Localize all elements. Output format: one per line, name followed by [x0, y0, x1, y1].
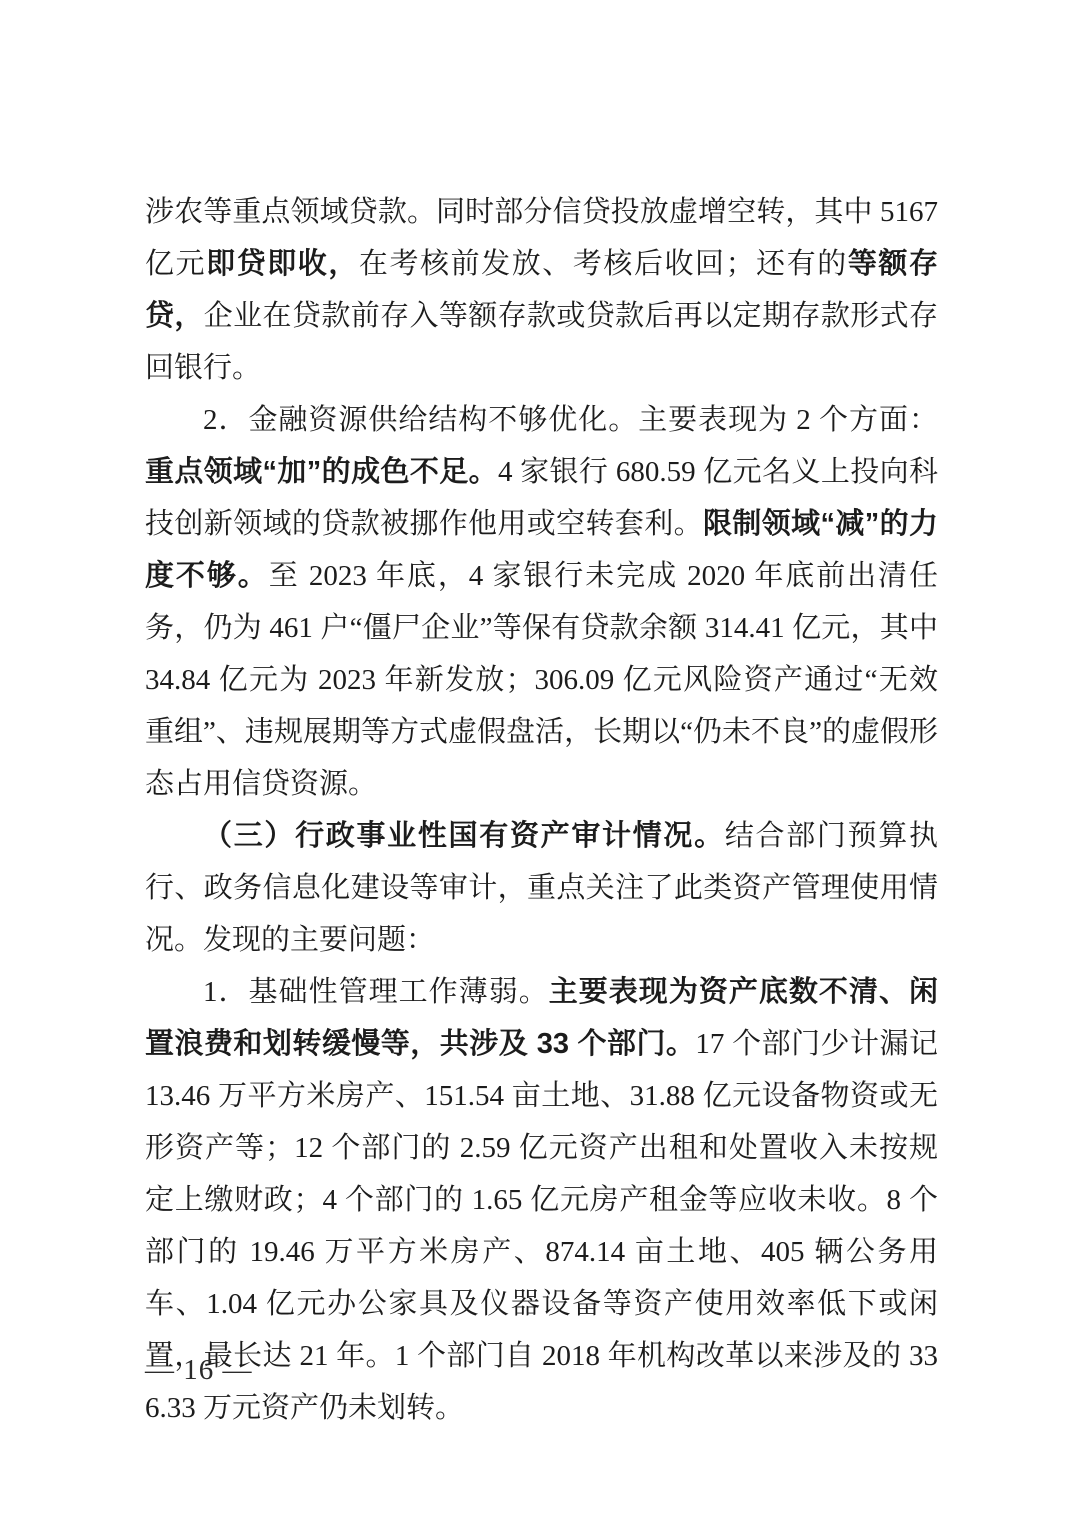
document-page: 涉农等重点领域贷款。同时部分信贷投放虚增空转，其中 5167 亿元即贷即收，在考… [0, 0, 1080, 1527]
document-body: 涉农等重点领域贷款。同时部分信贷投放虚增空转，其中 5167 亿元即贷即收，在考… [145, 186, 938, 1434]
text-run-normal: 主要表现为 2 个方面： [638, 404, 938, 436]
text-run-normal: 17 个部门少计漏记 13.46 万平方米房产、151.54 亩土地、31.88… [145, 1028, 938, 1424]
paragraph: 1．基础性管理工作薄弱。主要表现为资产底数不清、闲置浪费和划转缓慢等，共涉及 3… [145, 966, 938, 1434]
paragraph: （三）行政事业性国有资产审计情况。结合部门预算执行、政务信息化建设等审计，重点关… [145, 810, 938, 966]
text-run-bold: 重点领域“加”的成色不足。 [145, 456, 498, 488]
text-run-normal: 至 2023 年底，4 家银行未完成 2020 年底前出清任务，仍为 461 户… [145, 560, 938, 800]
paragraph: 2．金融资源供给结构不够优化。主要表现为 2 个方面：重点领域“加”的成色不足。… [145, 394, 938, 810]
text-run-kai: 1．基础性管理工作薄弱。 [203, 976, 549, 1008]
text-run-bold: （三）行政事业性国有资产审计情况。 [203, 820, 725, 852]
paragraph: 涉农等重点领域贷款。同时部分信贷投放虚增空转，其中 5167 亿元即贷即收，在考… [145, 186, 938, 394]
text-run-normal: 在考核前发放、考核后收回；还有的 [359, 248, 848, 280]
text-run-bold: 即贷即收， [206, 248, 359, 280]
text-run-kai: 2．金融资源供给结构不够优化。 [203, 404, 638, 436]
text-run-normal: 企业在贷款前存入等额存款或贷款后再以定期存款形式存回银行。 [145, 300, 938, 384]
page-number: — 16 — [145, 1356, 253, 1385]
